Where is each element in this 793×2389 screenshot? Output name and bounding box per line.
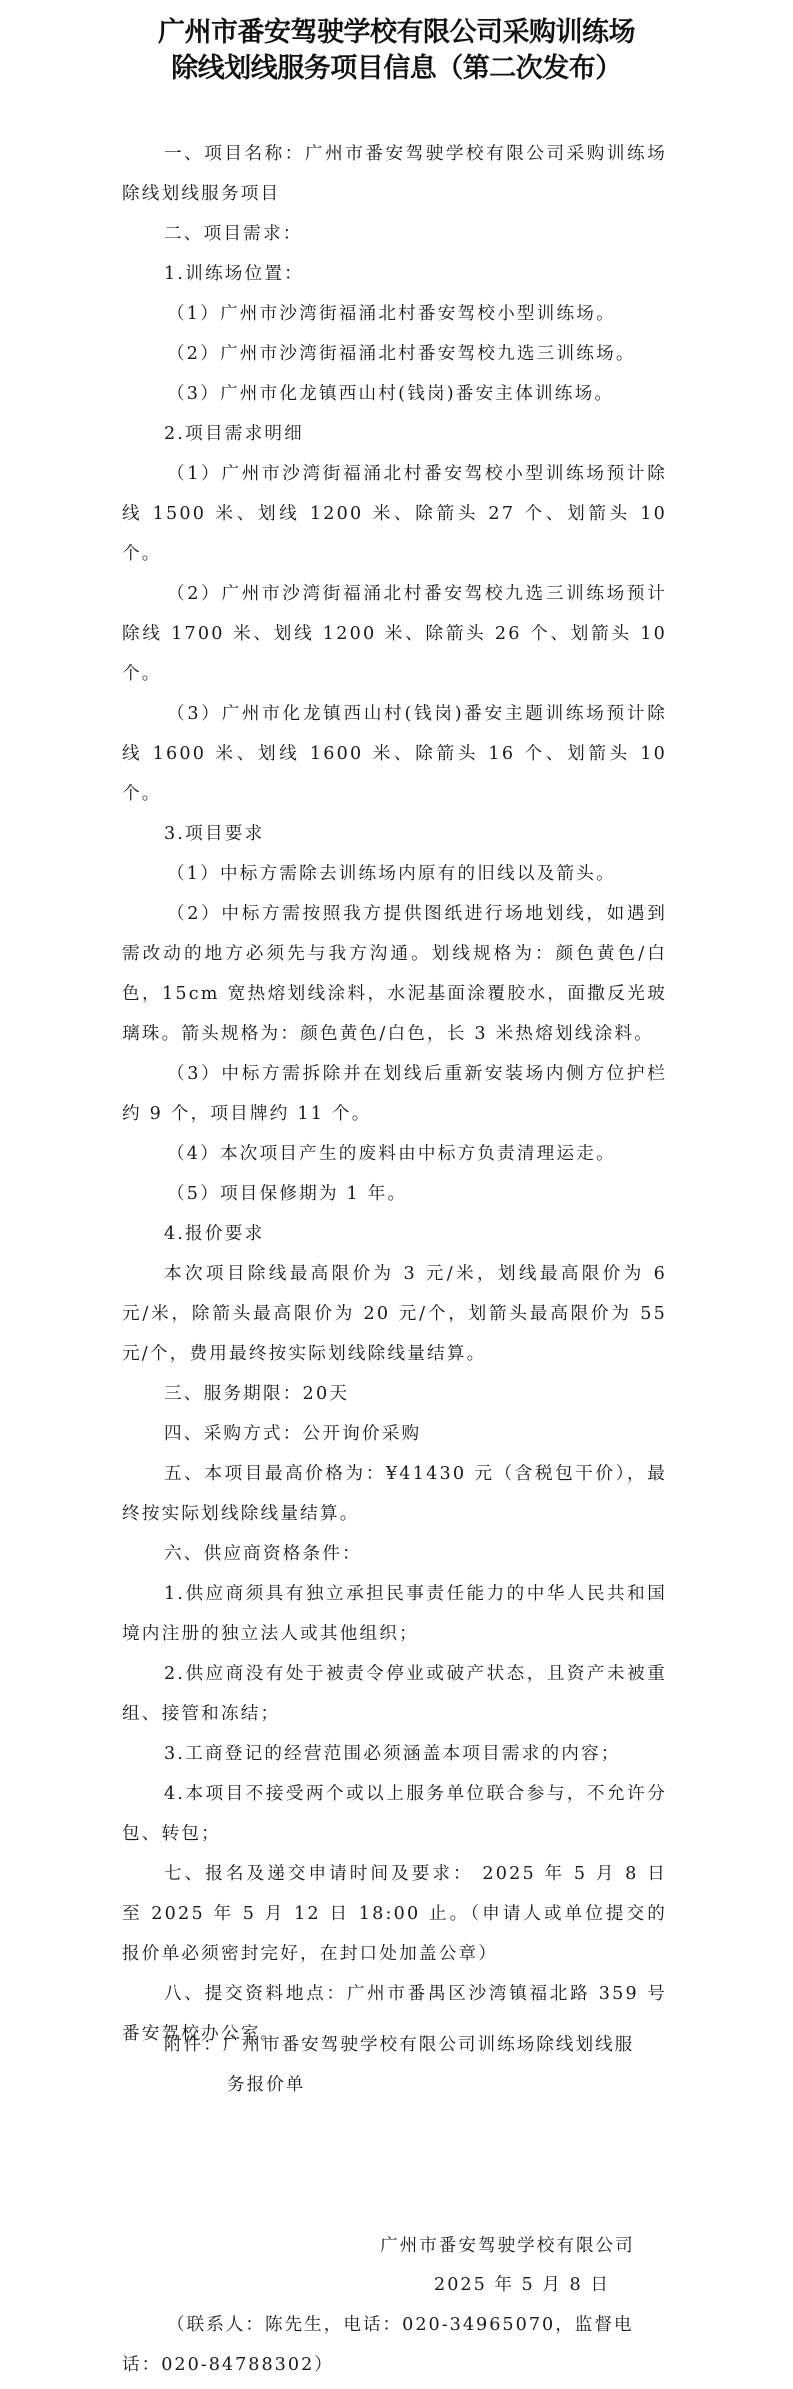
quote-requirements-text: 本次项目除线最高限价为 3 元/米，划线最高限价为 6 元/米，除箭头最高限价为… [122,1254,667,1374]
qualification-item: 4.本项目不接受两个或以上服务单位联合参与，不允许分包、转包； [122,1774,667,1854]
qualification-item: 3.工商登记的经营范围必须涵盖本项目需求的内容； [122,1734,667,1774]
signature-organization: 广州市番安驾驶学校有限公司 [380,2226,635,2266]
location-item: （3）广州市化龙镇西山村(钱岗)番安主体训练场。 [122,374,667,414]
document-title-line1: 广州市番安驾驶学校有限公司采购训练场 [0,16,793,50]
attachment-label: 附件： [164,2035,223,2055]
section-registration-time: 七、报名及递交申请时间及要求： 2025 年 5 月 8 日至 2025 年 5… [122,1854,667,1974]
qualification-item: 2.供应商没有处于被责令停业或破产状态，且资产未被重组、接管和冻结； [122,1654,667,1734]
subsection-requirement-details: 2.项目需求明细 [122,414,667,454]
detail-item: （2）广州市沙湾街福涌北村番安驾校九选三训练场预计除线 1700 米、划线 12… [122,574,667,694]
document-title-line2: 除线划线服务项目信息（第二次发布） [0,52,793,86]
location-item: （2）广州市沙湾街福涌北村番安驾校九选三训练场。 [122,334,667,374]
requirement-item: （2）中标方需按照我方提供图纸进行场地划线，如遇到需改动的地方必须先与我方沟通。… [122,894,667,1054]
section-project-name: 一、项目名称：广州市番安驾驶学校有限公司采购训练场除线划线服务项目 [122,134,667,214]
section-max-price: 五、本项目最高价格为：¥41430 元（含税包干价），最终按实际划线除线量结算。 [122,1454,667,1534]
attachment-title-line2[interactable]: 务报价单 [164,2065,674,2105]
attachment-note: 附件：广州市番安驾驶学校有限公司训练场除线划线服 务报价单 [164,2025,674,2105]
section-project-requirements: 二、项目需求： [122,214,667,254]
signature-date: 2025 年 5 月 8 日 [434,2265,610,2305]
location-item: （1）广州市沙湾街福涌北村番安驾校小型训练场。 [122,294,667,334]
document-body: 一、项目名称：广州市番安驾驶学校有限公司采购训练场除线划线服务项目 二、项目需求… [122,134,667,2054]
document-page: 广州市番安驾驶学校有限公司采购训练场 除线划线服务项目信息（第二次发布） 一、项… [0,0,793,2389]
contact-info: （联系人：陈先生，电话：020-34965070，监督电话：020-847883… [122,2305,667,2385]
detail-item: （3）广州市化龙镇西山村(钱岗)番安主题训练场预计除线 1600 米、划线 16… [122,694,667,814]
subsection-training-locations: 1.训练场位置： [122,254,667,294]
qualification-item: 1.供应商须具有独立承担民事责任能力的中华人民共和国境内注册的独立法人或其他组织… [122,1574,667,1654]
attachment-title-line1[interactable]: 广州市番安驾驶学校有限公司训练场除线划线服 [223,2035,634,2055]
detail-item: （1）广州市沙湾街福涌北村番安驾校小型训练场预计除线 1500 米、划线 120… [122,454,667,574]
requirement-item: （4）本次项目产生的废料由中标方负责清理运走。 [122,1134,667,1174]
section-procurement-method: 四、采购方式：公开询价采购 [122,1414,667,1454]
requirement-item: （1）中标方需除去训练场内原有的旧线以及箭头。 [122,854,667,894]
section-supplier-qualifications: 六、供应商资格条件： [122,1534,667,1574]
section-service-period: 三、服务期限：20天 [122,1374,667,1414]
requirement-item: （3）中标方需拆除并在划线后重新安装场内侧方位护栏约 9 个，项目牌约 11 个… [122,1054,667,1134]
requirement-item: （5）项目保修期为 1 年。 [122,1174,667,1214]
subsection-quote-requirements: 4.报价要求 [122,1214,667,1254]
subsection-project-requirements: 3.项目要求 [122,814,667,854]
